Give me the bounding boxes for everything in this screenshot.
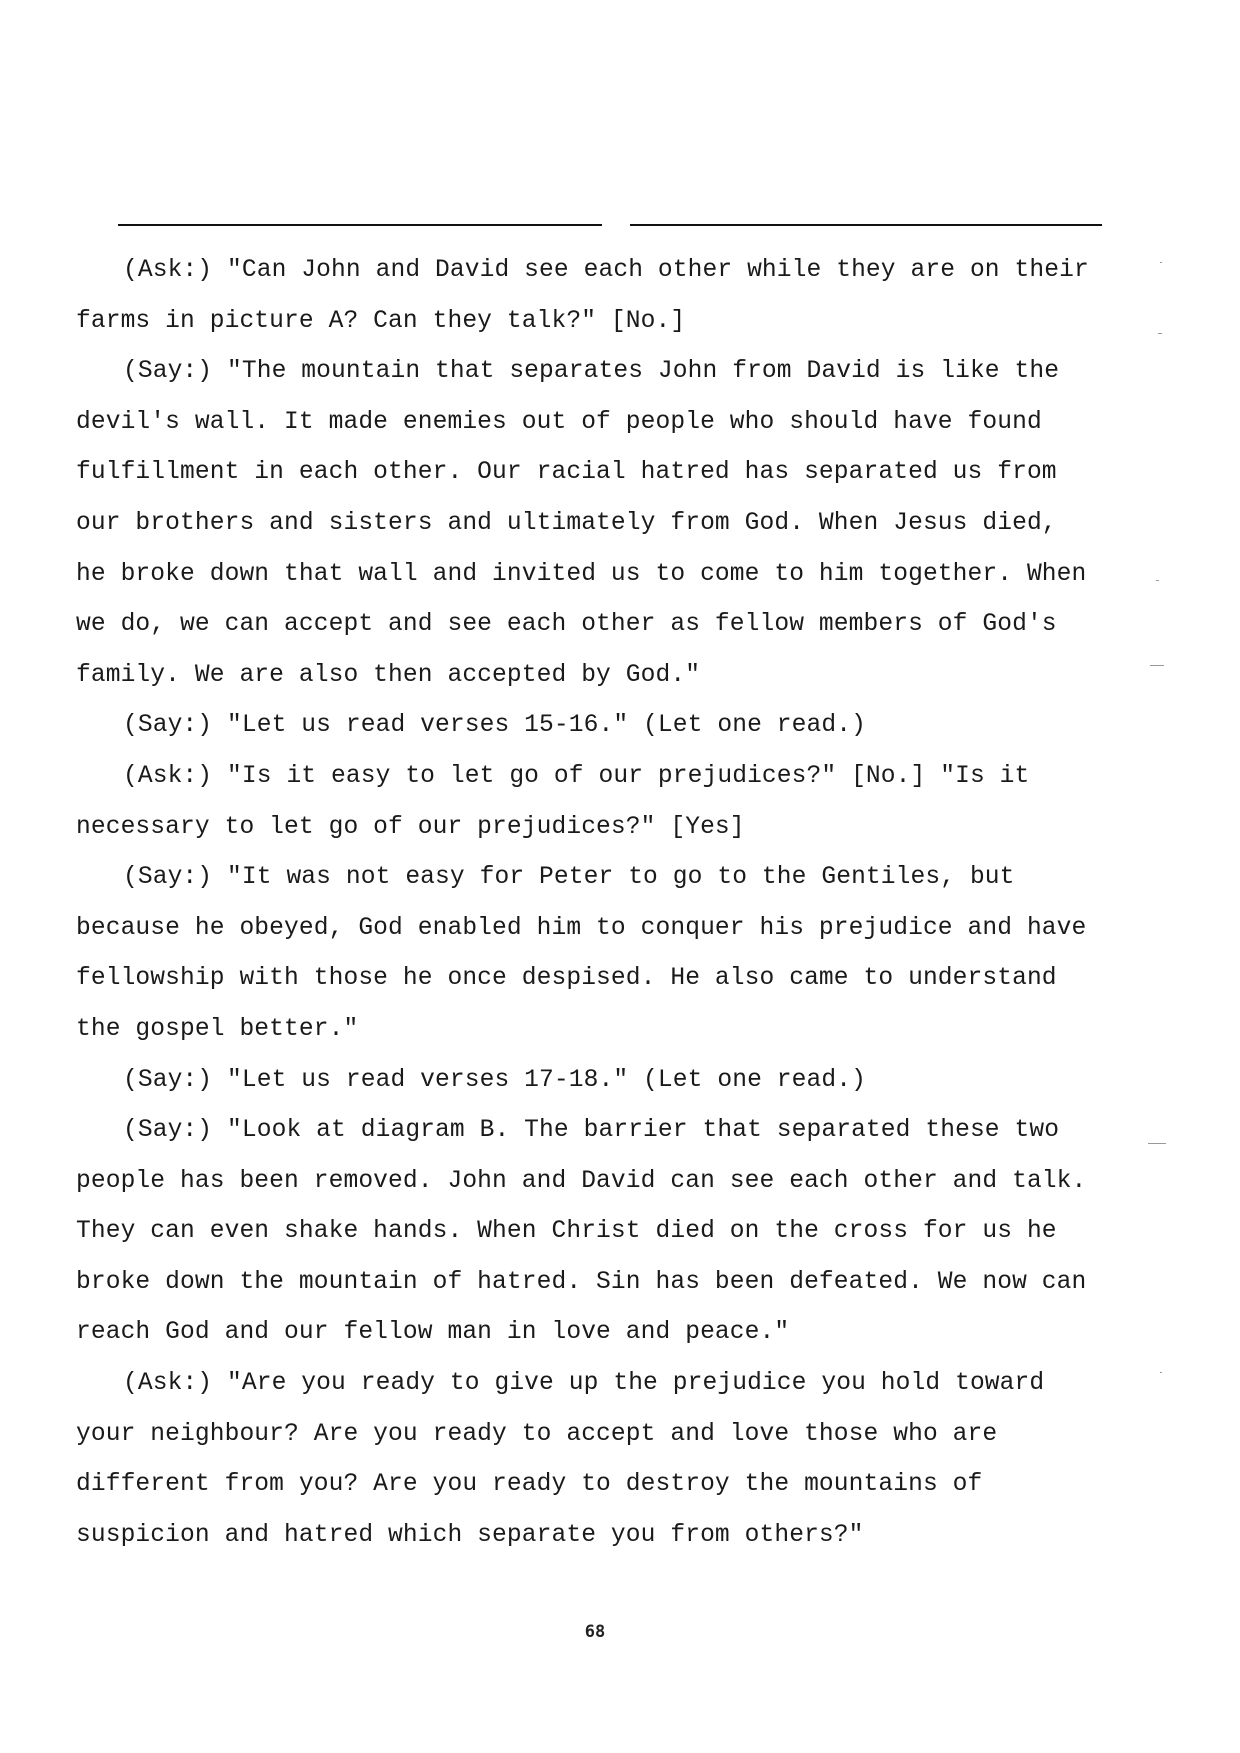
text-line: (Ask:) "Is it easy to let go of our prej…: [76, 752, 1116, 803]
text-line: broke down the mountain of hatred. Sin h…: [76, 1258, 1116, 1309]
text-line: (Say:) "It was not easy for Peter to go …: [76, 853, 1116, 904]
scan-speck: [1150, 665, 1164, 666]
text-line: necessary to let go of our prejudices?" …: [76, 803, 1116, 854]
text-line: reach God and our fellow man in love and…: [76, 1308, 1116, 1359]
text-line: people has been removed. John and David …: [76, 1157, 1116, 1208]
scan-speck: [1158, 333, 1162, 334]
text-line: (Say:) "The mountain that separates John…: [76, 347, 1116, 398]
body-text: (Ask:) "Can John and David see each othe…: [76, 246, 1116, 1561]
text-line: fulfillment in each other. Our racial ha…: [76, 448, 1116, 499]
scan-speck: [1148, 1143, 1166, 1144]
text-line: (Ask:) "Can John and David see each othe…: [76, 246, 1116, 297]
text-line: because he obeyed, God enabled him to co…: [76, 904, 1116, 955]
text-line: our brothers and sisters and ultimately …: [76, 499, 1116, 550]
text-line: family. We are also then accepted by God…: [76, 651, 1116, 702]
text-line: devil's wall. It made enemies out of peo…: [76, 398, 1116, 449]
text-line: different from you? Are you ready to des…: [76, 1460, 1116, 1511]
text-line: (Say:) "Let us read verses 17-18." (Let …: [76, 1056, 1116, 1107]
top-rule-left: [118, 224, 602, 226]
text-line: farms in picture A? Can they talk?" [No.…: [76, 297, 1116, 348]
top-rule-right: [630, 224, 1102, 226]
text-line: They can even shake hands. When Christ d…: [76, 1207, 1116, 1258]
text-line: the gospel better.": [76, 1005, 1116, 1056]
text-line: fellowship with those he once despised. …: [76, 954, 1116, 1005]
scan-speck: [1160, 1372, 1162, 1373]
text-line: (Ask:) "Are you ready to give up the pre…: [76, 1359, 1116, 1410]
text-line: (Say:) "Let us read verses 15-16." (Let …: [76, 701, 1116, 752]
text-line: suspicion and hatred which separate you …: [76, 1511, 1116, 1562]
page-number: 68: [0, 1622, 1190, 1642]
scan-speck: [1156, 580, 1159, 581]
text-line: your neighbour? Are you ready to accept …: [76, 1410, 1116, 1461]
scan-speck: [1160, 262, 1162, 263]
text-line: (Say:) "Look at diagram B. The barrier t…: [76, 1106, 1116, 1157]
text-line: we do, we can accept and see each other …: [76, 600, 1116, 651]
text-line: he broke down that wall and invited us t…: [76, 550, 1116, 601]
